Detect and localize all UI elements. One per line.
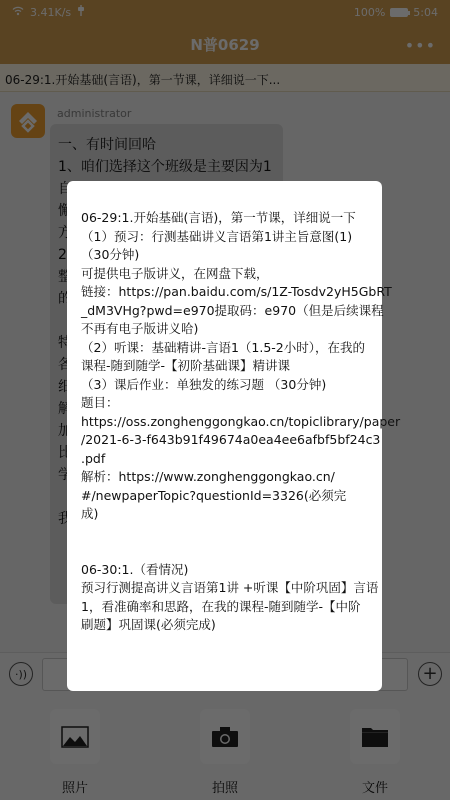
dialog-line: （1）预习：行测基础讲义言语第1讲主旨意图(1) (81, 228, 368, 247)
dialog-line: 刷题】巩固课(必须完成) (81, 616, 368, 635)
dialog-line: 课程-随到随学-【初阶基础课】精讲课 (81, 357, 368, 376)
dialog-line: 预习行测提高讲义言语第1讲 +听课【中阶巩固】言语 (81, 579, 368, 598)
dialog-line: （30分钟) (81, 246, 368, 265)
dialog-line: （3）课后作业：单独发的练习题 （30分钟) (81, 376, 368, 395)
dialog-line: 可提供电子版讲义，在网盘下载， (81, 265, 368, 284)
dialog-link[interactable]: .pdf (81, 450, 368, 469)
dialog-line: 题目： (81, 394, 368, 413)
dialog-link[interactable]: #/newpaperTopic?questionId=3326(必须完 (81, 487, 368, 506)
dialog-line: 不再有电子版讲义哈) (81, 320, 368, 339)
dialog-link[interactable]: https://oss.zonghenggongkao.cn/topiclibr… (81, 413, 368, 432)
dialog-line: 06-29:1.开始基础(言语)，第一节课，详细说一下 (81, 209, 368, 228)
dialog-line: 06-30:1.（看情况) (81, 561, 368, 580)
dialog-line: _dM3VHg?pwd=e970提取码：e970（但是后续课程 (81, 302, 368, 321)
dialog-line: （2）听课：基础精讲-言语1（1.5-2小时），在我的 (81, 339, 368, 358)
dialog-link[interactable]: 解析：https://www.zonghenggongkao.cn/ (81, 468, 368, 487)
dialog-link[interactable]: 链接：https://pan.baidu.com/s/1Z-Tosdv2yH5G… (81, 283, 368, 302)
dialog-line: 成) (81, 505, 368, 524)
announcement-dialog: 06-29:1.开始基础(言语)，第一节课，详细说一下 （1）预习：行测基础讲义… (67, 181, 382, 691)
dialog-link[interactable]: /2021-6-3-f643b91f49674a0ea4ee6afbf5bf24… (81, 431, 368, 450)
dialog-line: 1，看准确率和思路，在我的课程-随到随学-【中阶 (81, 598, 368, 617)
